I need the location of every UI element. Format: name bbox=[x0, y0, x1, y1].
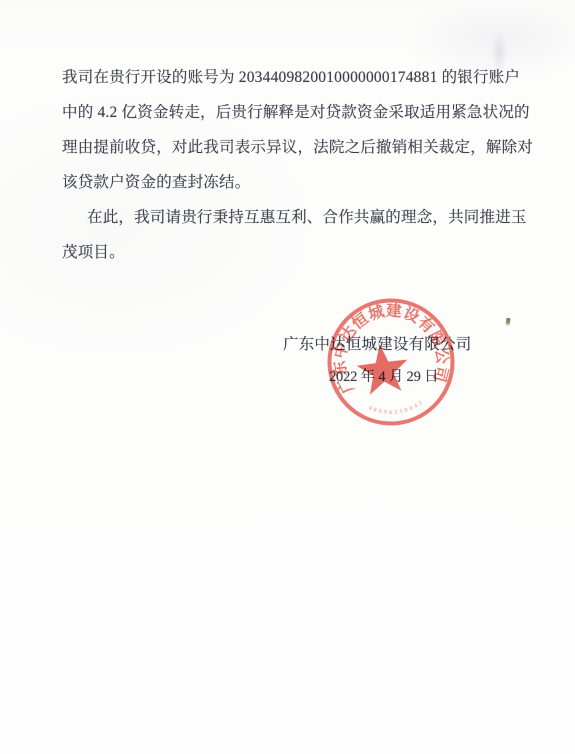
star-icon bbox=[354, 341, 411, 396]
scan-smudge bbox=[486, 20, 512, 86]
letter-line: 在此，我司请贵行秉持互惠互利、合作共赢的理念，共同推进玉 bbox=[62, 200, 518, 235]
letter-line: 我司在贵行开设的账号为 2034409820010000000174881 的银… bbox=[62, 60, 518, 95]
letter-line: 茂项目。 bbox=[62, 235, 518, 270]
letter-body: 我司在贵行开设的账号为 2034409820010000000174881 的银… bbox=[62, 60, 518, 270]
company-seal-stamp: 广东中达恒城建设有限公司 4400982500420 bbox=[313, 284, 469, 440]
letter-line: 中的 4.2 亿资金转走，后贵行解释是对贷款资金采取适用紧急状况的 bbox=[62, 95, 518, 130]
letter-line: 该贷款户资金的查封冻结。 bbox=[62, 165, 518, 200]
letter-line: 理由提前收贷，对此我司表示异议，法院之后撤销相关裁定，解除对 bbox=[62, 130, 518, 165]
